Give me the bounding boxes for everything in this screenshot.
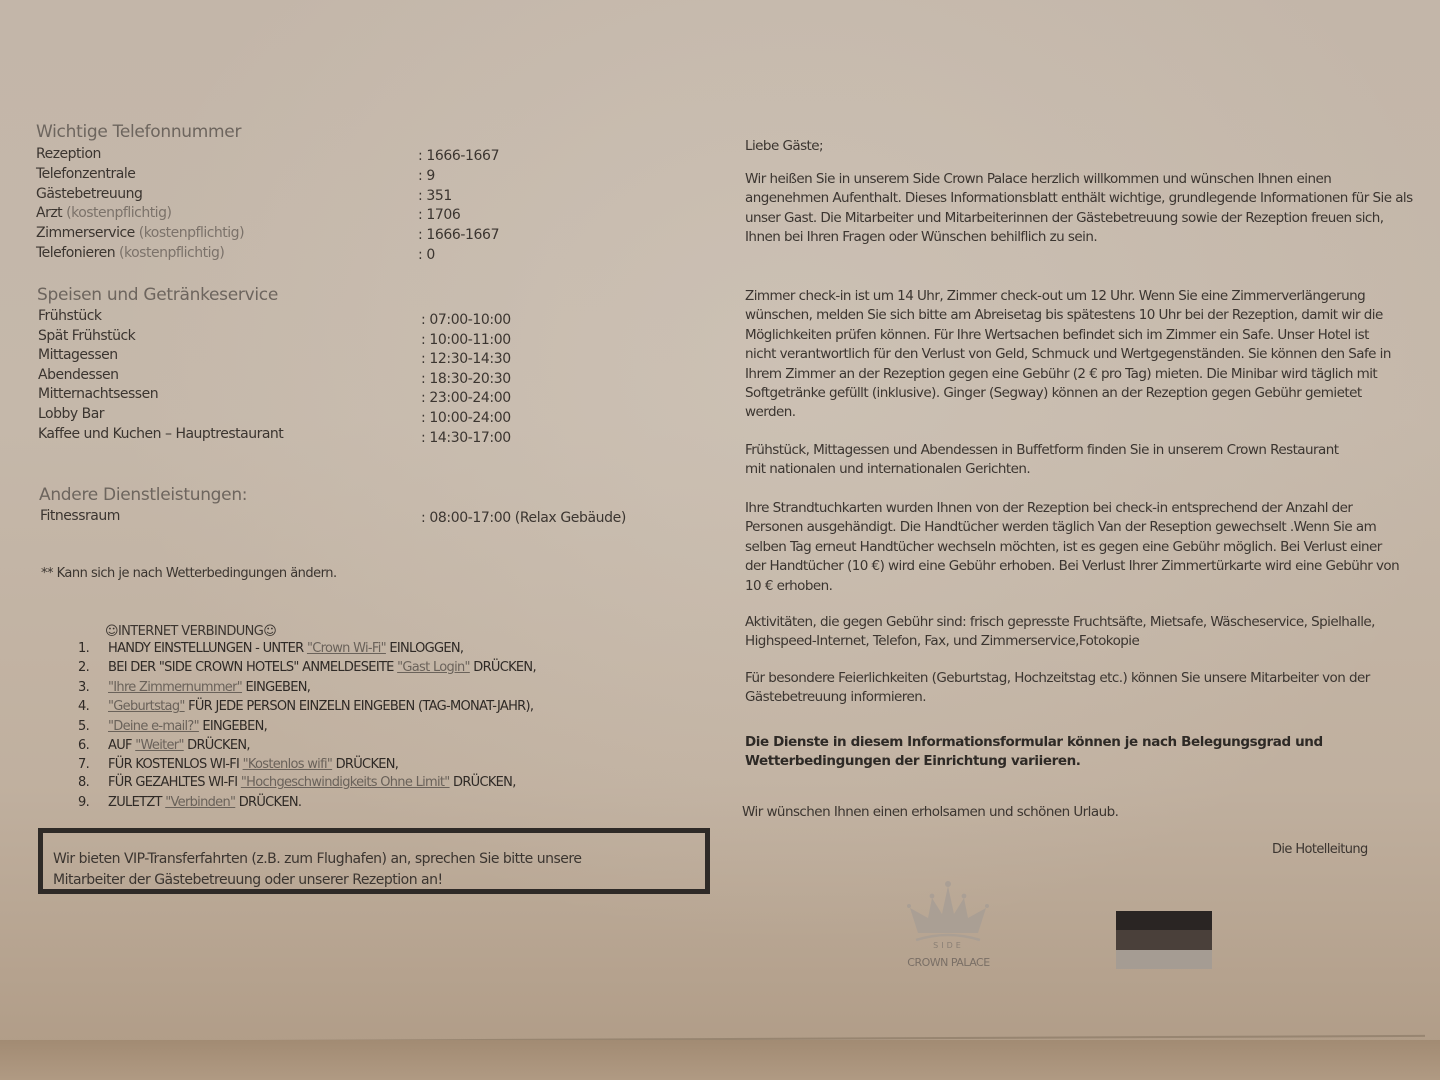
wifi-title: ☺INTERNET VERBINDUNG☺ [105, 624, 276, 639]
letter-paragraph-checkin: Zimmer check-in ist um 14 Uhr, Zimmer ch… [745, 287, 1395, 423]
flag-stripe-middle [1116, 930, 1212, 949]
phone-note: (kostenpflichtig) [119, 245, 224, 261]
wifi-step-number: 7. [78, 757, 108, 772]
phone-label: Arzt [36, 205, 62, 221]
phone-note: (kostenpflichtig) [66, 205, 171, 221]
food-row-value: : 10:00-11:00 [421, 332, 511, 348]
wifi-step-number: 1. [78, 641, 108, 656]
phone-label: Telefonieren [36, 245, 115, 261]
wifi-step-number: 4. [78, 699, 108, 714]
food-row-label: Spät Frühstück [38, 328, 135, 344]
wifi-step-number: 3. [78, 680, 108, 695]
phone-row-label: Telefonzentrale [36, 166, 135, 182]
wifi-step-text: EINLOGGEN, [386, 641, 463, 656]
wifi-step-link: "Crown Wi-Fi" [307, 641, 386, 656]
food-row-label: Mitternachtsessen [38, 386, 158, 402]
phone-row-label: Arzt (kostenpflichtig) [36, 205, 171, 221]
phone-value: : 9 [418, 168, 435, 184]
wifi-step: 1.HANDY EINSTELLUNGEN - UNTER "Crown Wi-… [78, 641, 463, 656]
other-row-value: : 08:00-17:00 (Relax Gebäude) [421, 510, 626, 526]
german-flag-icon [1116, 911, 1212, 969]
food-row-label: Mittagessen [38, 347, 118, 363]
wifi-step-text: DRÜCKEN, [184, 738, 250, 753]
wifi-step-text: HANDY EINSTELLUNGEN - UNTER [108, 641, 307, 656]
letter-paragraph-celebrations: Für besondere Feierlichkeiten (Geburtsta… [745, 669, 1385, 708]
flag-stripe-bottom [1116, 950, 1212, 969]
other-row-label: Fitnessraum [40, 508, 120, 524]
wifi-step: 8.FÜR GEZAHLTES WI-FI "Hochgeschwindigke… [78, 775, 516, 790]
phone-label: Rezeption [36, 146, 101, 162]
phone-label: Gästebetreuung [36, 186, 142, 202]
phone-value: : 1706 [418, 207, 460, 223]
food-row-label: Abendessen [38, 367, 119, 383]
phone-label: Zimmerservice [36, 225, 135, 241]
wifi-step-text: FÜR JEDE PERSON EINZELN EINGEBEN (TAG-MO… [185, 699, 534, 714]
crown-icon [896, 878, 1001, 948]
wifi-step-link: "Gast Login" [397, 660, 470, 675]
wifi-step-text: BEI DER "SIDE CROWN HOTELS" ANMELDESEITE [108, 660, 397, 675]
wifi-step: 2.BEI DER "SIDE CROWN HOTELS" ANMELDESEI… [78, 660, 536, 675]
flag-stripe-top [1116, 911, 1212, 930]
phone-value: : 1666-1667 [418, 227, 499, 243]
wifi-step-number: 6. [78, 738, 108, 753]
letter-paragraph-towels: Ihre Strandtuchkarten wurden Ihnen von d… [745, 499, 1405, 596]
phone-section-title: Wichtige Telefonnummer [36, 122, 241, 142]
logo-name: CROWN PALACE [896, 956, 1001, 969]
table-surface [0, 1040, 1440, 1080]
wifi-step-text: FÜR KOSTENLOS WI-FI [108, 757, 243, 772]
food-row-label: Kaffee und Kuchen – Hauptrestaurant [38, 426, 283, 442]
food-row-value: : 14:30-17:00 [421, 430, 511, 446]
phone-label: Telefonzentrale [36, 166, 135, 182]
letter-paragraph-restaurant: Frühstück, Mittagessen und Abendessen in… [745, 441, 1345, 480]
wifi-step-text: EINGEBEN, [242, 680, 310, 695]
wifi-step-text: DRÜCKEN, [450, 775, 516, 790]
wifi-step-text: FÜR GEZAHLTES WI-FI [108, 775, 241, 790]
wifi-step-link: "Deine e-mail?" [108, 719, 199, 734]
phone-row-label: Rezeption [36, 146, 101, 162]
logo-side-text: SIDE [896, 941, 1001, 950]
wifi-step-number: 9. [78, 795, 108, 810]
phone-row-label: Telefonieren (kostenpflichtig) [36, 245, 224, 261]
wifi-step-number: 8. [78, 775, 108, 790]
wifi-step: 6.AUF "Weiter" DRÜCKEN, [78, 738, 250, 753]
wifi-step-text: ZULETZT [108, 795, 165, 810]
other-section-title: Andere Dienstleistungen: [39, 485, 247, 505]
wifi-step-text: AUF [108, 738, 135, 753]
wifi-step: 5."Deine e-mail?" EINGEBEN, [78, 719, 267, 734]
food-row-value: : 18:30-20:30 [421, 371, 511, 387]
letter-paragraph-fees: Aktivitäten, die gegen Gebühr sind: fris… [745, 613, 1385, 652]
phone-value: : 1666-1667 [418, 148, 499, 164]
vip-transfer-box: Wir bieten VIP-Transferfahrten (z.B. zum… [38, 828, 710, 894]
phone-value: : 351 [418, 188, 452, 204]
wifi-step-link: "Weiter" [135, 738, 184, 753]
signature: Die Hotelleitung [1272, 842, 1368, 857]
food-row-value: : 23:00-24:00 [421, 390, 511, 406]
wifi-step-link: "Ihre Zimmernummer" [108, 680, 242, 695]
letter-greeting: Liebe Gäste; [745, 137, 1415, 156]
wifi-step-text: EINGEBEN, [199, 719, 267, 734]
food-row-label: Lobby Bar [38, 406, 104, 422]
wifi-step-text: DRÜCKEN. [235, 795, 301, 810]
wifi-step: 9.ZULETZT "Verbinden" DRÜCKEN. [78, 795, 301, 810]
letter-bold-notice: Die Dienste in diesem Informationsformul… [745, 733, 1385, 772]
wifi-step-number: 5. [78, 719, 108, 734]
wifi-step-number: 2. [78, 660, 108, 675]
phone-note: (kostenpflichtig) [139, 225, 244, 241]
phone-row-label: Zimmerservice (kostenpflichtig) [36, 225, 244, 241]
phone-value: : 0 [418, 247, 435, 263]
wifi-step-text: DRÜCKEN, [332, 757, 398, 772]
weather-footnote: ** Kann sich je nach Wetterbedingungen ä… [41, 566, 337, 581]
food-row-value: : 12:30-14:30 [421, 351, 511, 367]
vip-line-2: Mitarbeiter der Gästebetreuung oder unse… [53, 870, 695, 891]
food-row-value: : 07:00-10:00 [421, 312, 511, 328]
wifi-step-link: "Hochgeschwindigkeits Ohne Limit" [241, 775, 450, 790]
wifi-step-link: "Geburtstag" [108, 699, 185, 714]
vip-line-1: Wir bieten VIP-Transferfahrten (z.B. zum… [53, 849, 695, 870]
phone-row-label: Gästebetreuung [36, 186, 142, 202]
food-row-value: : 10:00-24:00 [421, 410, 511, 426]
wifi-step-link: "Verbinden" [165, 795, 235, 810]
hotel-logo: SIDE CROWN PALACE [896, 878, 1001, 978]
food-row-label: Frühstück [38, 308, 102, 324]
food-section-title: Speisen und Getränkeservice [37, 285, 278, 305]
wifi-step: 4."Geburtstag" FÜR JEDE PERSON EINZELN E… [78, 699, 533, 714]
wifi-step-link: "Kostenlos wifi" [243, 757, 333, 772]
letter-paragraph-welcome: Wir heißen Sie in unserem Side Crown Pal… [745, 170, 1413, 248]
wifi-step-text: DRÜCKEN, [470, 660, 536, 675]
wifi-step: 7.FÜR KOSTENLOS WI-FI "Kostenlos wifi" D… [78, 757, 398, 772]
letter-closing: Wir wünschen Ihnen einen erholsamen und … [742, 803, 1412, 822]
wifi-step: 3."Ihre Zimmernummer" EINGEBEN, [78, 680, 310, 695]
